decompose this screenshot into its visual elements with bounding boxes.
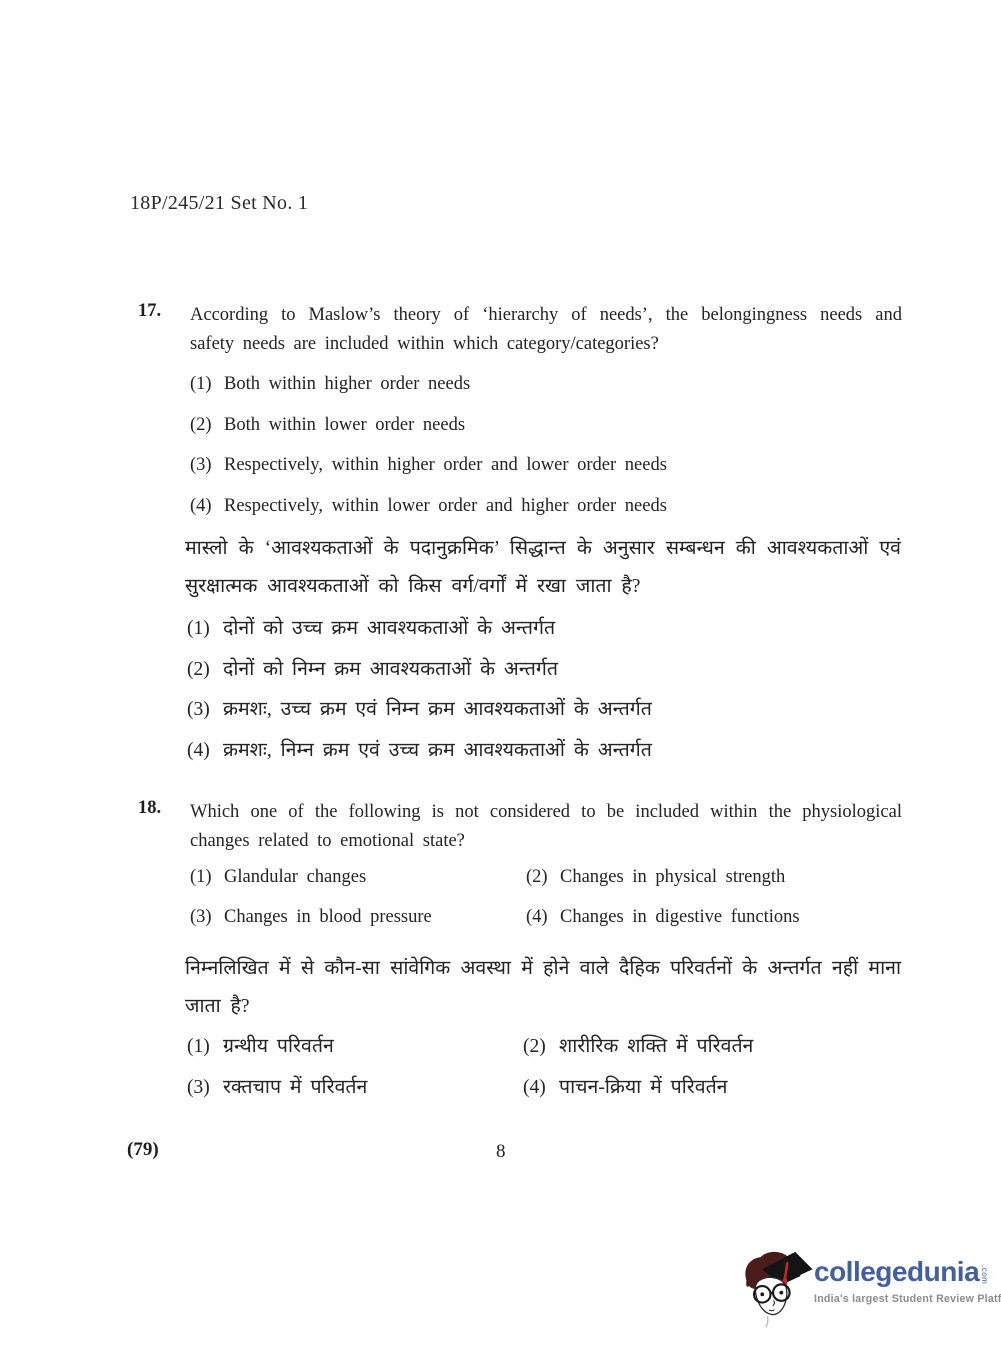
option-number: (2) [190, 412, 224, 438]
option-text: Changes in physical strength [560, 867, 785, 887]
option-text: Both within higher order needs [224, 374, 470, 394]
option-text: Respectively, within lower order and hig… [224, 496, 667, 516]
option-18-1-hi: (1)ग्रन्थीय परिवर्तन [187, 1033, 523, 1060]
exam-paper-page: 18P/245/21 Set No. 1 17. According to Ma… [0, 0, 1001, 1356]
option-18-3-hi: (3)रक्तचाप में परिवर्तन [187, 1074, 523, 1101]
collegedunia-logo: collegedunia .com India's largest Studen… [738, 1244, 996, 1336]
option-text: Respectively, within higher order and lo… [224, 455, 667, 475]
option-number: (1) [190, 864, 224, 890]
option-17-3-en: (3)Respectively, within higher order and… [190, 452, 667, 478]
option-text: Both within lower order needs [224, 415, 465, 435]
option-18-4-hi: (4)पाचन-क्रिया में परिवर्तन [523, 1074, 753, 1101]
option-number: (3) [187, 696, 223, 723]
paper-code: 18P/245/21 Set No. 1 [130, 192, 308, 215]
option-text: रक्तचाप में परिवर्तन [223, 1077, 367, 1098]
option-text: Changes in blood pressure [224, 907, 432, 927]
option-18-4-en: (4)Changes in digestive functions [526, 904, 800, 930]
question-17-options-en: (1)Both within higher order needs (2)Bot… [190, 371, 667, 533]
option-number: (4) [190, 493, 224, 519]
question-18-text-en: Which one of the following is not consid… [190, 798, 902, 856]
page-number: 8 [496, 1141, 506, 1163]
option-number: (3) [190, 904, 224, 930]
option-number: (2) [523, 1033, 559, 1060]
option-number: (3) [190, 452, 224, 478]
question-18-number: 18. [138, 798, 161, 819]
question-17-number: 17. [138, 301, 161, 322]
option-18-2-en: (2)Changes in physical strength [526, 864, 800, 890]
option-17-1-en: (1)Both within higher order needs [190, 371, 667, 397]
question-17-options-hi: (1)दोनों को उच्च क्रम आवश्यकताओं के अन्त… [187, 615, 652, 777]
option-text: Glandular changes [224, 867, 366, 887]
option-number: (4) [523, 1074, 559, 1101]
option-number: (2) [187, 656, 223, 683]
option-17-4-en: (4)Respectively, within lower order and … [190, 493, 667, 519]
option-number: (4) [187, 737, 223, 764]
option-text: शारीरिक शक्ति में परिवर्तन [559, 1036, 753, 1057]
option-text: दोनों को निम्न क्रम आवश्यकताओं के अन्तर्… [223, 659, 558, 680]
booklet-code: (79) [127, 1139, 159, 1161]
question-18-text-hi: निम्नलिखित में से कौन-सा सांवेगिक अवस्था… [185, 950, 901, 1026]
option-18-2-hi: (2)शारीरिक शक्ति में परिवर्तन [523, 1033, 753, 1060]
question-18-options-hi: (1)ग्रन्थीय परिवर्तन (2)शारीरिक शक्ति मे… [187, 1033, 753, 1101]
option-text: पाचन-क्रिया में परिवर्तन [559, 1077, 728, 1098]
option-17-2-en: (2)Both within lower order needs [190, 412, 667, 438]
option-17-4-hi: (4)क्रमशः, निम्न क्रम एवं उच्च क्रम आवश्… [187, 737, 652, 764]
question-18-options-en: (1)Glandular changes (2)Changes in physi… [190, 864, 800, 930]
collegedunia-domain-suffix: .com [980, 1265, 989, 1284]
question-17-text-en: According to Maslow’s theory of ‘hierarc… [190, 301, 902, 359]
option-text: क्रमशः, निम्न क्रम एवं उच्च क्रम आवश्यकत… [223, 740, 652, 761]
option-text: Changes in digestive functions [560, 907, 800, 927]
option-17-2-hi: (2)दोनों को निम्न क्रम आवश्यकताओं के अन्… [187, 656, 652, 683]
option-number: (1) [190, 371, 224, 397]
option-number: (1) [187, 615, 223, 642]
option-number: (4) [526, 904, 560, 930]
option-18-3-en: (3)Changes in blood pressure [190, 904, 526, 930]
option-17-3-hi: (3)क्रमशः, उच्च क्रम एवं निम्न क्रम आवश्… [187, 696, 652, 723]
option-number: (1) [187, 1033, 223, 1060]
option-text: क्रमशः, उच्च क्रम एवं निम्न क्रम आवश्यकत… [223, 699, 652, 720]
collegedunia-brand-text: collegedunia [814, 1256, 979, 1288]
option-number: (3) [187, 1074, 223, 1101]
option-17-1-hi: (1)दोनों को उच्च क्रम आवश्यकताओं के अन्त… [187, 615, 652, 642]
question-17-text-hi: मास्लो के ‘आवश्यकताओं के पदानुक्रमिक’ सि… [185, 530, 901, 606]
collegedunia-tagline: India's largest Student Review Platform [814, 1293, 1001, 1305]
option-18-1-en: (1)Glandular changes [190, 864, 526, 890]
option-text: ग्रन्थीय परिवर्तन [223, 1036, 334, 1057]
option-number: (2) [526, 864, 560, 890]
option-text: दोनों को उच्च क्रम आवश्यकताओं के अन्तर्ग… [223, 618, 555, 639]
collegedunia-mascot-icon [738, 1246, 816, 1334]
